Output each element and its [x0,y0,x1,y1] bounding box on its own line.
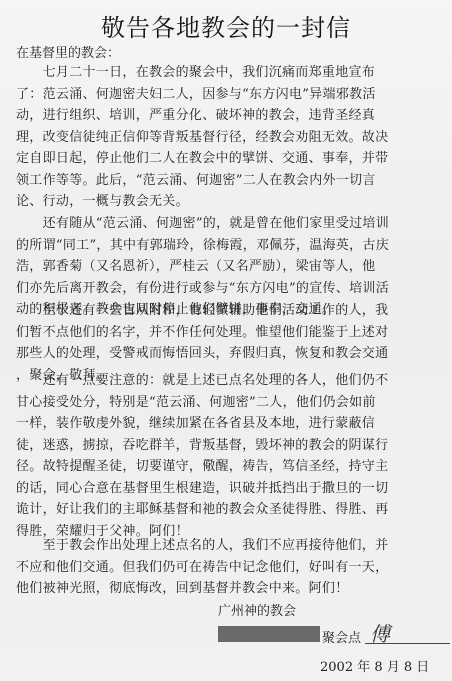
text-line: 徒，迷惑，掳掠，吞吃群羊，背叛基督，毁坏神的教会的阴谋行 [16,435,438,457]
signature-line [365,643,450,644]
text-line: 他们被神光照，彻底悔改，回到基督并教会中来。阿们！ [16,578,438,600]
text-line: 甘心接受处分，特别是“范云涌、何迦密”二人，他们仍会如前 [16,392,438,414]
signature-org: 广州神的教会 [218,600,296,619]
text-line: 还有随从“范云涌、何迦密”的，就是曾在他们家里受过培训 [16,213,438,235]
letter-page: 敬告各地教会的一封信 在基督里的教会： 七月二十一日，在教会的聚会中，我们沉痛而… [0,0,452,681]
text-line: 还有一点要注意的：就是上述已点名处理的各人，他们仍不 [16,370,438,392]
salutation: 在基督里的教会： [16,42,120,61]
text-line: 径。故特提醒圣徒，切要谨守，儆醒，祷告，笃信圣经，持守主 [16,456,438,478]
text-line: 浩，郭香菊（又名恩祈），严桂云（又名严励），梁宙等人，他 [16,256,438,278]
paragraph-1: 七月二十一日，在教会的聚会中，我们沉痛而郑重地宣布 了：范云涌、何迦密夫妇二人，… [16,62,438,213]
text-line: 一样，装作敬虔外貌，继续加紧在各省县及本地，进行蒙蔽信 [16,413,438,435]
text-line: 动，进行组织、培训，严重分化、破坏神的教会，违背圣经真 [16,105,438,127]
text-line: 七月二十一日，在教会的聚会中，我们沉痛而郑重地宣布 [16,62,438,84]
letter-date: 2002 年 8 月 8 日 [320,656,429,675]
text-line: 了：范云涌、何迦密夫妇二人，因参与“东方闪电”异端邪教活 [16,84,438,106]
text-line: 至于还有一些盲从附和，有轻微辅助他们活动工作的人，我 [16,300,438,322]
text-line: 的话，同心合意在基督里生根建造，识破并抵挡出于撒旦的一切 [16,478,438,500]
text-line: 定自即日起，停止他们二人在教会中的擘饼、交通、事奉，并带 [16,148,438,170]
text-line: 领工作等等。此后，“范云涌、何迦密”二人在教会内外一切言 [16,170,438,192]
paragraph-5: 至于教会作出处理上述点名的人，我们不应再接待他们，并 不应和他们交通。但我们仍可… [16,535,438,600]
redacted-block [218,626,320,642]
signature-meeting-point: 聚会点 [322,627,361,646]
text-line: 那些人的处理，受警戒而悔悟回头，弃假归真，恢复和教会交通 [16,343,438,365]
text-line: 理，改变信徒纯正信仰等背叛基督行径，经教会劝阻无效。故决 [16,127,438,149]
text-line: 们暂不点他们的名字，并不作任何处理。惟望他们能鉴于上述对 [16,322,438,344]
text-line: 们亦先后离开教会，有份进行或参与“东方闪电”的宣传、培训活 [16,278,438,300]
paragraph-4: 还有一点要注意的：就是上述已点名处理的各人，他们仍不 甘心接受处分，特别是“范云… [16,370,438,542]
text-line: 诡计，好让我们的主耶稣基督和祂的教会众圣徒得胜、得胜、再 [16,499,438,521]
text-line: 不应和他们交通。但我们仍可在祷告中记念他们，好叫有一天， [16,557,438,579]
letter-title: 敬告各地教会的一封信 [0,8,452,43]
text-line: 论、行动，一概与教会无关。 [16,191,438,213]
text-line: 的所谓“同工”，其中有郭瑞玲，徐梅霞，邓佩芬，温海英，古庆 [16,235,438,257]
text-line: 至于教会作出处理上述点名的人，我们不应再接待他们，并 [16,535,438,557]
